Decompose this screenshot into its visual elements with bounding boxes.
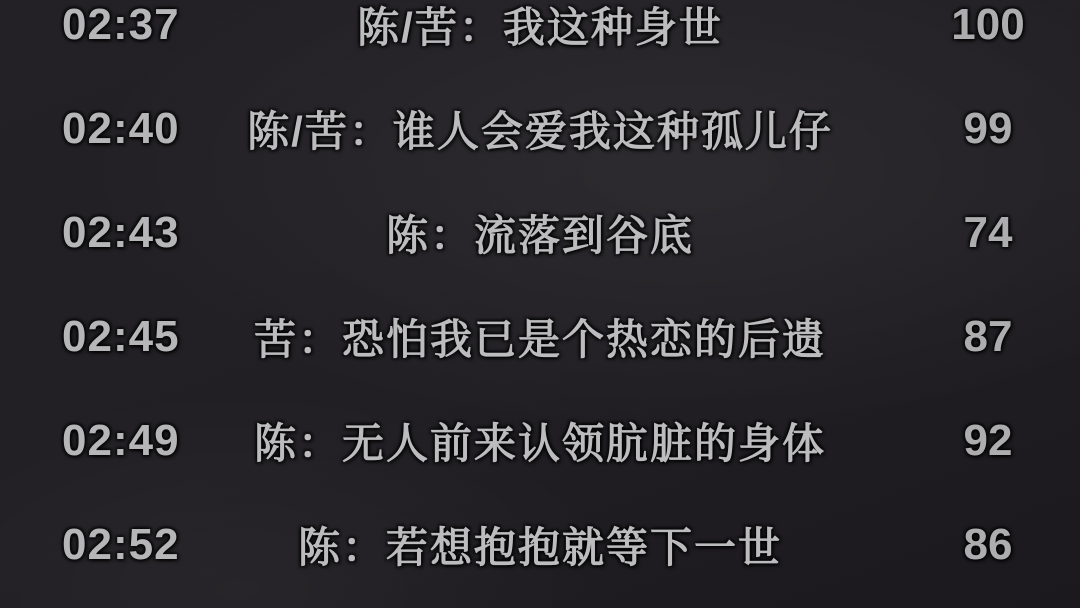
lyric-score-row[interactable]: 02:52 陈：若想抱抱就等下一世 86 [0,493,1080,597]
lyric-text: 陈/苦：谁人会爱我这种孤儿仔 [0,99,1080,159]
lyric-score-row[interactable]: 02:37 陈/苦：我这种身世 100 [0,0,1080,77]
lyric-text: 陈：流落到谷底 [0,203,1080,263]
lyric-score-list: 02:37 陈/苦：我这种身世 100 02:40 陈/苦：谁人会爱我这种孤儿仔… [0,0,1080,597]
lyric-text: 苦：恐怕我已是个热恋的后遗 [0,307,1080,367]
lyric-score-row[interactable]: 02:45 苦：恐怕我已是个热恋的后遗 87 [0,285,1080,389]
lyric-score-row[interactable]: 02:40 陈/苦：谁人会爱我这种孤儿仔 99 [0,77,1080,181]
lyric-score-row[interactable]: 02:43 陈：流落到谷底 74 [0,181,1080,285]
lyric-text: 陈：无人前来认领肮脏的身体 [0,411,1080,471]
line-score: 99 [942,104,1034,154]
line-score: 87 [942,312,1034,362]
line-score: 92 [942,416,1034,466]
line-score: 100 [942,0,1034,50]
lyric-score-row[interactable]: 02:49 陈：无人前来认领肮脏的身体 92 [0,389,1080,493]
lyric-text: 陈/苦：我这种身世 [0,0,1080,55]
line-score: 86 [942,520,1034,570]
lyric-text: 陈：若想抱抱就等下一世 [0,515,1080,575]
line-score: 74 [942,208,1034,258]
